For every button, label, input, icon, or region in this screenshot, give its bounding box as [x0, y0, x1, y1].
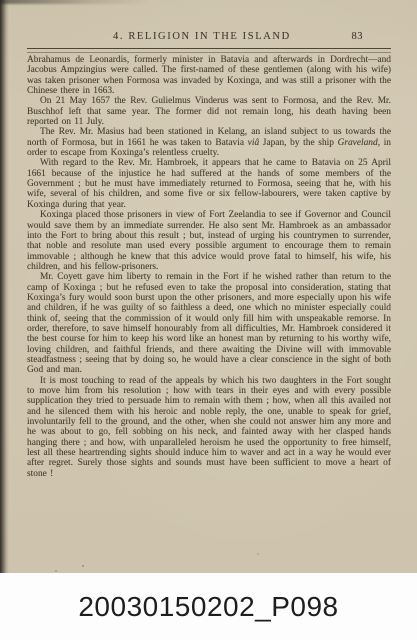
paragraph: Abrahamus de Leonardis, formerly ministe…	[27, 55, 391, 96]
paragraph: It is most touching to read of the appea…	[27, 376, 391, 479]
scan-id-strip: 20030150202_P098	[0, 573, 417, 640]
header-rule	[27, 48, 391, 53]
paragraph: With regard to the Rev. Mr. Hambroek, it…	[27, 158, 391, 210]
scan-id-label: 20030150202_P098	[78, 591, 338, 623]
chapter-title: 4. RELIGION IN THE ISLAND	[113, 31, 291, 42]
ship-name-italic: Graveland	[338, 138, 378, 148]
paragraph-text: Japan, by the ship	[259, 138, 337, 148]
paragraph-italic-text: viâ	[248, 138, 259, 148]
paper-speck	[82, 565, 84, 567]
paragraph: On 21 May 1657 the Rev. Gulielmus Vinder…	[27, 96, 391, 127]
running-header: 4. RELIGION IN THE ISLAND 83	[27, 31, 391, 46]
paragraph: Mr. Coyett gave him liberty to remain in…	[27, 272, 391, 375]
scan-corner-smudge	[0, 0, 150, 4]
page-body: Abrahamus de Leonardis, formerly ministe…	[27, 55, 391, 479]
page-edge-shadow	[0, 0, 9, 573]
page-number: 83	[352, 31, 364, 42]
book-page: 4. RELIGION IN THE ISLAND 83 Abrahamus d…	[0, 0, 417, 573]
book-page-scan: 4. RELIGION IN THE ISLAND 83 Abrahamus d…	[0, 0, 417, 640]
paragraph: The Rev. Mr. Masius had been stationed i…	[27, 127, 391, 158]
paragraph: Koxinga placed those prisoners in view o…	[27, 210, 391, 272]
